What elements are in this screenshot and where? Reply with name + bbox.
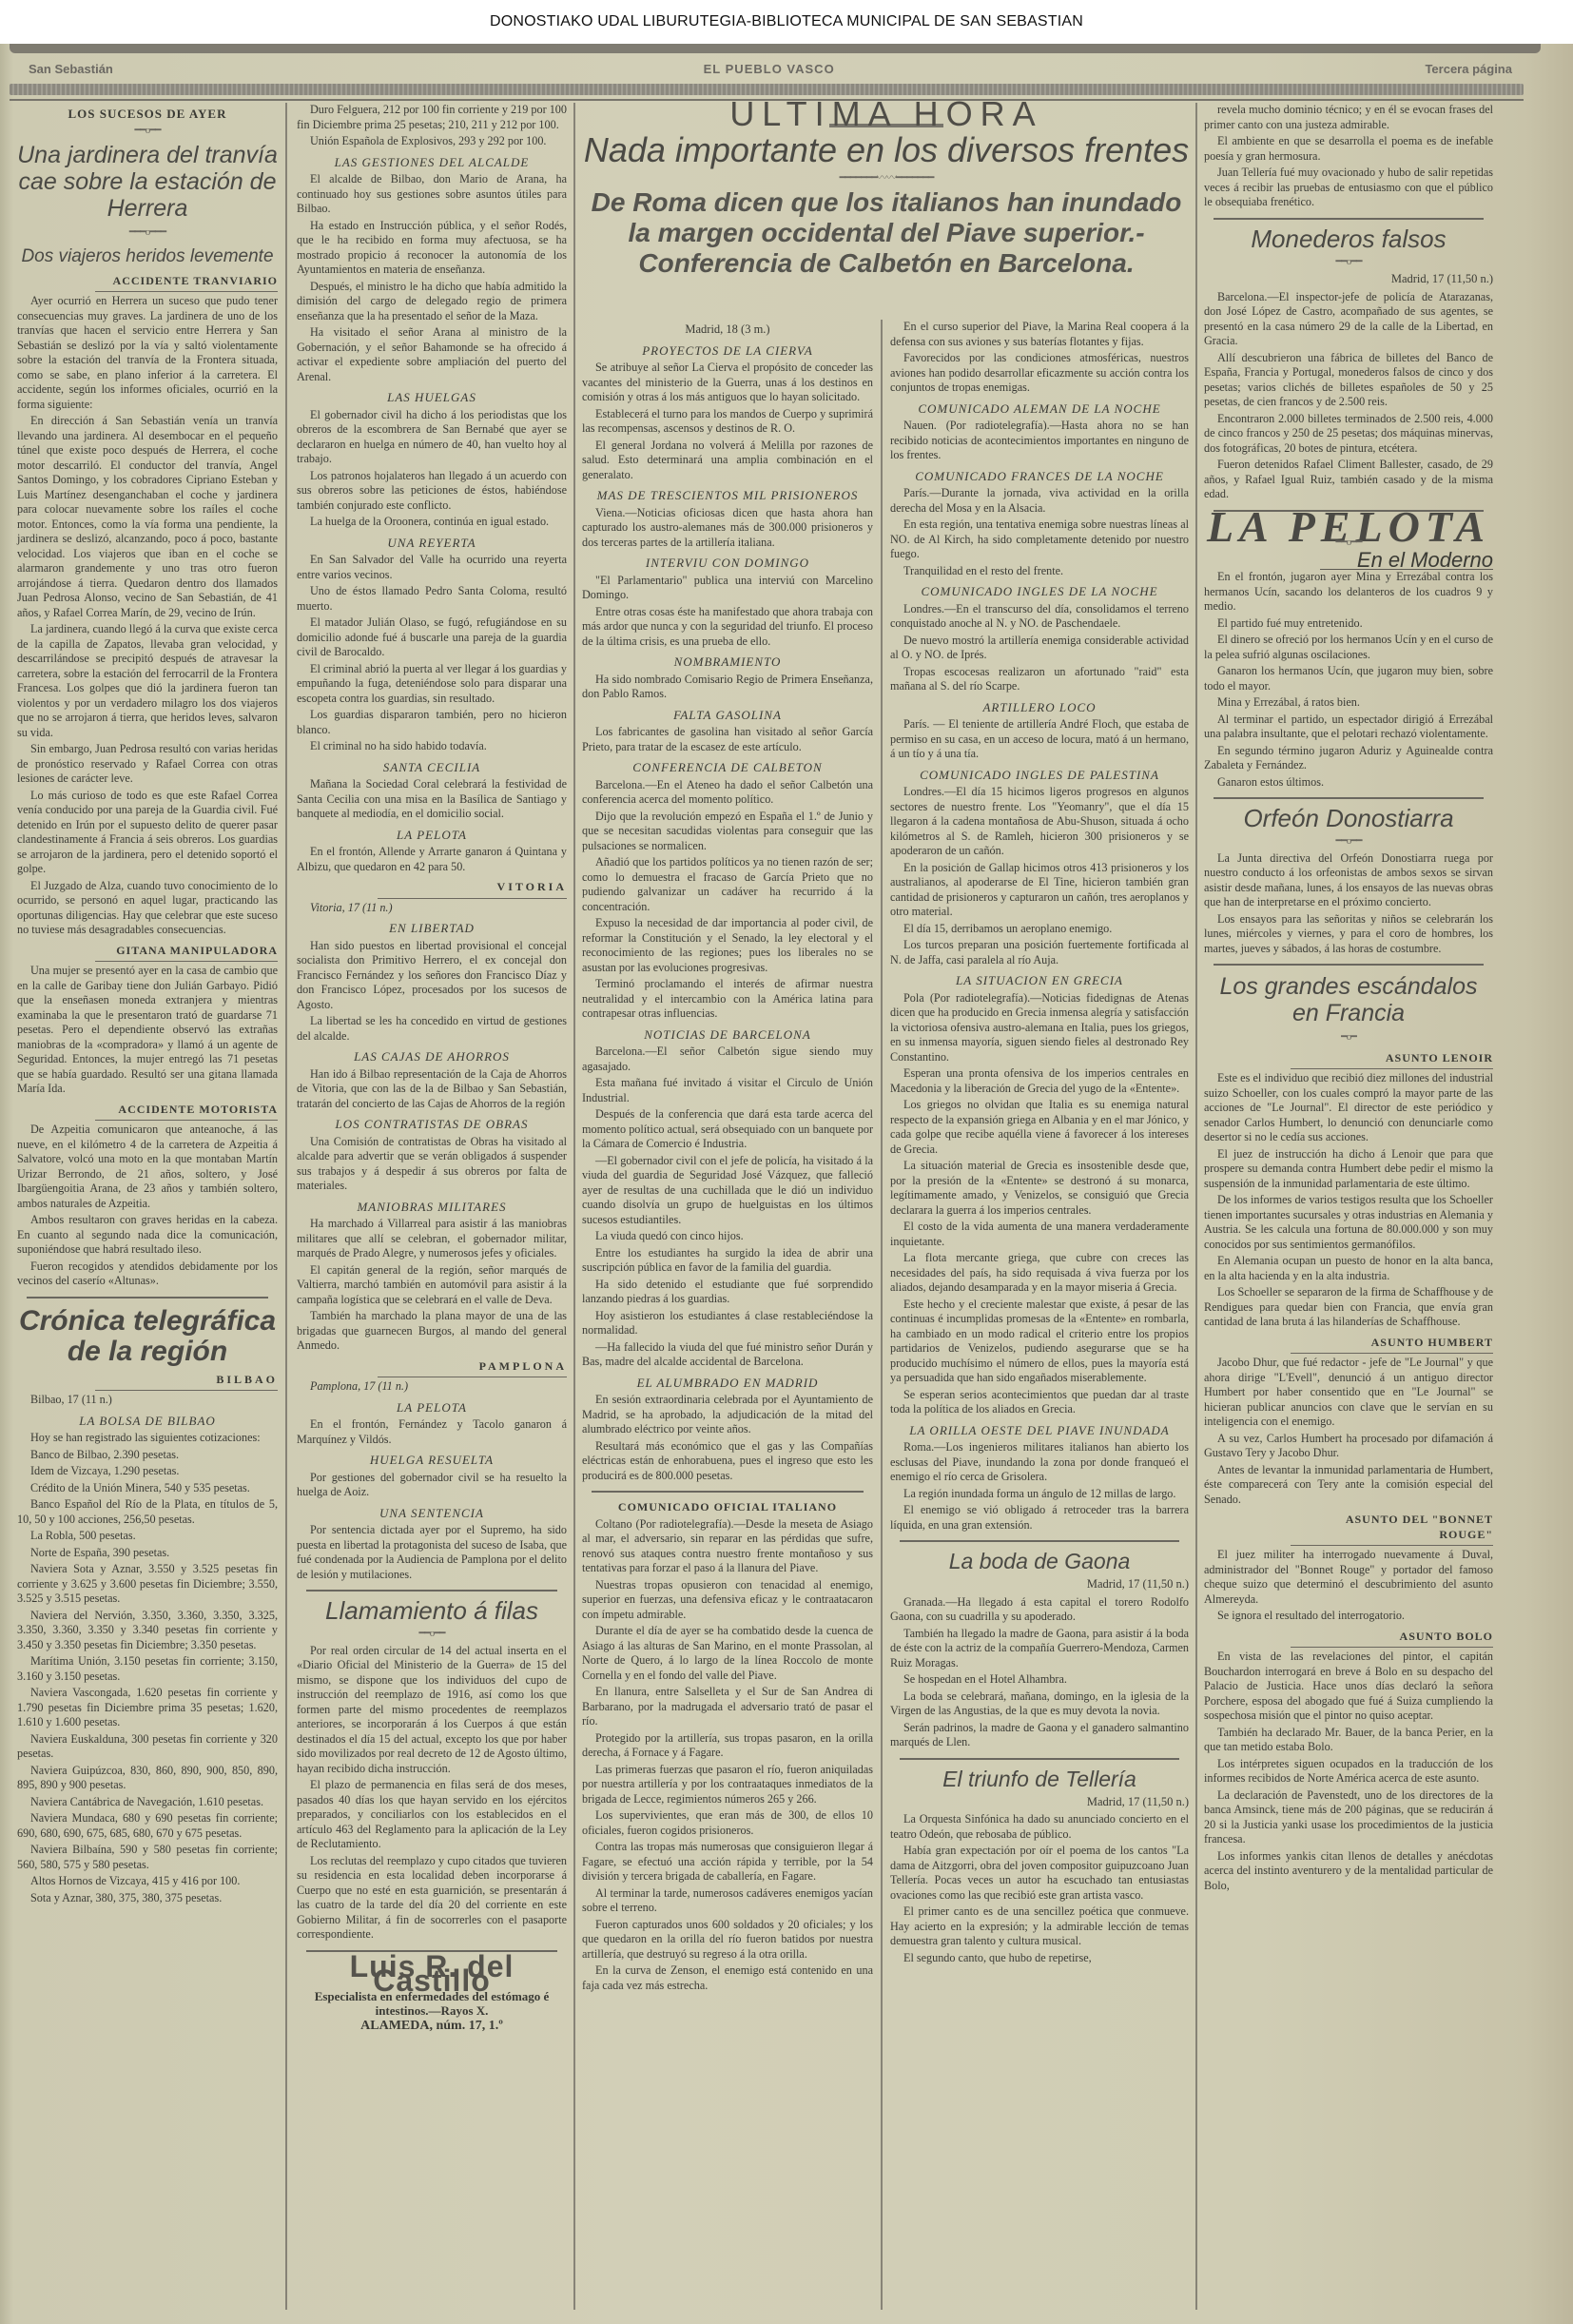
headline-cronica: Crónica telegráfica de la región <box>17 1306 278 1367</box>
label-accidente-tranviario: ACCIDENTE TRANVIARIO <box>95 274 278 293</box>
ornament: ━━o━━ <box>1204 834 1493 850</box>
newspaper-page: San Sebastián EL PUEBLO VASCO Tercera pá… <box>0 44 1573 2324</box>
article-paragraph: Esta mañana fué invitado á visitar el Ci… <box>582 1076 873 1105</box>
page-top-band <box>10 44 1541 53</box>
article-paragraph: En el frontón, jugaron ayer Mina y Errez… <box>1204 570 1493 615</box>
section-divider <box>1214 797 1484 799</box>
headline-frentes: Nada importante en los diversos frentes <box>582 131 1191 169</box>
location-bilbao: BILBAO <box>95 1373 278 1392</box>
article-paragraph: El juez militer ha interrogado nuevament… <box>1204 1548 1493 1607</box>
article-paragraph: Tranquilidad en el resto del frente. <box>890 564 1189 579</box>
bolsa-line: Idem de Vizcaya, 1.290 pesetas. <box>17 1464 278 1479</box>
masthead: San Sebastián EL PUEBLO VASCO Tercera pá… <box>10 55 1531 82</box>
article-paragraph: Los guardias dispararon también, pero no… <box>297 708 567 737</box>
article-paragraph: revela mucho dominio técnico; y en él se… <box>1204 103 1493 132</box>
article-paragraph: Se atribuye al señor La Cierva el propós… <box>582 361 873 405</box>
article-paragraph: Por real orden circular de 14 del actual… <box>297 1644 567 1777</box>
subheadline-piave: De Roma dicen que los italianos han inun… <box>582 187 1191 279</box>
article-paragraph: Durante el día de ayer se ha combatido d… <box>582 1624 873 1683</box>
article-paragraph: La viuda quedó con cinco hijos. <box>582 1229 873 1244</box>
dateline: Bilbao, 17 (11 n.) <box>17 1393 278 1408</box>
article-paragraph: Hoy asistieron los estudiantes á clase r… <box>582 1309 873 1338</box>
article-paragraph: Ganaron estos últimos. <box>1204 775 1493 791</box>
bolsa-line: La Robla, 500 pesetas. <box>17 1529 278 1544</box>
article-paragraph: Ganaron los hermanos Ucín, que jugaron m… <box>1204 664 1493 693</box>
article-paragraph: Viena.—Noticias oficiosas dicen que hast… <box>582 506 873 551</box>
article-paragraph: La flota mercante griega, que cubre con … <box>890 1251 1189 1296</box>
subhead: PROYECTOS DE LA CIERVA <box>582 343 873 359</box>
article-paragraph: Entre los estudiantes ha surgido la idea… <box>582 1246 873 1276</box>
article-paragraph: Dijo que la revolución empezó en España … <box>582 810 873 854</box>
ad-address: ALAMEDA, núm. 17, 1.º <box>297 2019 567 2034</box>
article-paragraph: Nuestras tropas opusieron con tenacidad … <box>582 1578 873 1623</box>
article-paragraph: En esta región, una tentativa enemiga so… <box>890 518 1189 562</box>
article-paragraph: París. — El teniente de artillería André… <box>890 717 1189 762</box>
article-paragraph: De Azpeitia comunicaron que anteanoche, … <box>17 1123 278 1211</box>
subhead: LAS HUELGAS <box>297 390 567 405</box>
article-paragraph: Los griegos no olvidan que Italia es su … <box>890 1098 1189 1157</box>
article-paragraph: Coltano (Por radiotelegrafía).—Desde la … <box>582 1517 873 1576</box>
article-paragraph: Los ensayos para las señoritas y niños s… <box>1204 912 1493 957</box>
article-paragraph: De nuevo mostró la artillería enemiga co… <box>890 634 1189 663</box>
article-paragraph: En sesión extraordinaria celebrada por e… <box>582 1393 873 1437</box>
article-paragraph: Esperan una pronta ofensiva de los imper… <box>890 1066 1189 1096</box>
subhead: UNA SENTENCIA <box>297 1506 567 1521</box>
article-paragraph: Al terminar la tarde, numerosos cadávere… <box>582 1886 873 1916</box>
section-divider <box>900 1540 1179 1542</box>
article-paragraph: Encontraron 2.000 billetes terminados de… <box>1204 412 1493 457</box>
subhead: LA SITUACION EN GRECIA <box>890 973 1189 988</box>
headline-triunfo-telleria: El triunfo de Tellería <box>890 1767 1189 1791</box>
article-paragraph: Ambos resultaron con graves heridas en l… <box>17 1213 278 1258</box>
article-paragraph: En Alemania ocupan un puesto de honor en… <box>1204 1254 1493 1283</box>
subhead: COMUNICADO INGLES DE PALESTINA <box>890 768 1189 783</box>
column-2: Duro Felguera, 212 por 100 fin corriente… <box>297 103 567 2033</box>
subhead: ARTILLERO LOCO <box>890 700 1189 715</box>
article-paragraph: También ha llegado la madre de Gaona, pa… <box>890 1627 1189 1671</box>
subhead: EL ALUMBRADO EN MADRID <box>582 1376 873 1391</box>
subhead: UNA REYERTA <box>297 536 567 551</box>
section-kicker: LOS SUCESOS DE AYER <box>17 107 278 122</box>
headline-jardinera: Una jardinera del tranvía cae sobre la e… <box>17 142 278 222</box>
article-paragraph: El juez de instrucción ha dicho á Lenoir… <box>1204 1147 1493 1192</box>
ornament: ━━o━━ <box>1204 255 1493 270</box>
subhead: LA PELOTA <box>297 828 567 843</box>
subhead: LAS GESTIONES DEL ALCALDE <box>297 155 567 170</box>
ultima-hora-title: ULTIMA HORA <box>582 107 1191 122</box>
article-paragraph: Hoy se han registrado las siguientes cot… <box>17 1431 278 1446</box>
headline-llamamiento: Llamamiento á filas <box>297 1599 567 1623</box>
subhead: SANTA CECILIA <box>297 760 567 775</box>
article-paragraph: La Junta directiva del Orfeón Donostiarr… <box>1204 851 1493 910</box>
article-paragraph: Había gran expectación por oír el poema … <box>890 1844 1189 1903</box>
article-paragraph: Una mujer se presentó ayer en la casa de… <box>17 964 278 1097</box>
article-paragraph: El capitán general de la región, señor m… <box>297 1263 567 1308</box>
section-divider <box>27 1297 268 1299</box>
dateline: Pamplona, 17 (11 n.) <box>297 1379 567 1395</box>
article-paragraph: El alcalde de Bilbao, don Mario de Arana… <box>297 172 567 217</box>
article-paragraph: Uno de éstos llamado Pedro Santa Coloma,… <box>297 584 567 614</box>
article-paragraph: El criminal abrió la puerta al ver llega… <box>297 662 567 707</box>
article-paragraph: Han sido puestos en libertad provisional… <box>297 939 567 1013</box>
article-paragraph: En el frontón, Allende y Arrarte ganaron… <box>297 845 567 874</box>
article-paragraph: Al terminar el partido, un espectador di… <box>1204 713 1493 742</box>
article-paragraph: El ambiente en que se desarrolla el poem… <box>1204 134 1493 164</box>
article-paragraph: El matador Julián Olaso, se fugó, refugi… <box>297 615 567 660</box>
article-paragraph: El enemigo se vió obligado á retroceder … <box>890 1503 1189 1533</box>
article-paragraph: Mañana la Sociedad Coral celebrará la fe… <box>297 777 567 822</box>
column-1: LOS SUCESOS DE AYER ━━o━━ Una jardinera … <box>17 103 278 1907</box>
subhead: COMUNICADO ALEMAN DE LA NOCHE <box>890 401 1189 417</box>
subhead: COMUNICADO INGLES DE LA NOCHE <box>890 584 1189 599</box>
article-paragraph: Los turcos preparan una posición fuertem… <box>890 938 1189 967</box>
section-divider <box>306 1590 557 1592</box>
article-paragraph: El día 15, derribamos un aeroplano enemi… <box>890 922 1189 937</box>
article-paragraph: Antes de levantar la inmunidad parlament… <box>1204 1463 1493 1508</box>
article-paragraph: Granada.—Ha llegado á esta capital el to… <box>890 1595 1189 1625</box>
article-paragraph: En llanura, entre Salselleta y el Sur de… <box>582 1685 873 1729</box>
article-paragraph: También ha declarado Mr. Bauer, de la ba… <box>1204 1726 1493 1755</box>
label-asunto-lenoir: ASUNTO LENOIR <box>1291 1051 1493 1070</box>
article-paragraph: Este es el individuo que recibió diez mi… <box>1204 1071 1493 1145</box>
bolsa-line: Sota y Aznar, 380, 375, 380, 375 pesetas… <box>17 1891 278 1906</box>
article-paragraph: El primer canto es de una sencillez poét… <box>890 1904 1189 1949</box>
article-paragraph: El gobernador civil ha dicho á los perio… <box>297 408 567 467</box>
section-divider <box>1214 964 1484 966</box>
dateline: Madrid, 18 (3 m.) <box>582 322 873 338</box>
article-paragraph: Las primeras fuerzas que pasaron el río,… <box>582 1763 873 1807</box>
article-paragraph: Ha estado en Instrucción pública, y el s… <box>297 219 567 278</box>
article-paragraph: Los fabricantes de gasolina han visitado… <box>582 725 873 754</box>
ornament: ━━o━━ <box>297 1627 567 1642</box>
masthead-right: Tercera página <box>1425 62 1512 76</box>
column-4: En el curso superior del Piave, la Marin… <box>890 320 1189 1967</box>
headline-escandalos: Los grandes escándalos en Francia <box>1204 973 1493 1026</box>
article-paragraph: Fueron recogidos y atendidos debidamente… <box>17 1260 278 1289</box>
bolsa-line: Naviera Cantábrica de Navegación, 1.610 … <box>17 1795 278 1810</box>
dateline: Madrid, 17 (11,50 n.) <box>890 1577 1189 1592</box>
ad-title: Luis R. del Castillo <box>297 1960 567 1989</box>
ornament: ━━o━━ <box>17 124 278 139</box>
section-divider <box>1214 218 1484 220</box>
subhead: NOMBRAMIENTO <box>582 654 873 670</box>
article-paragraph: Ayer ocurrió en Herrera un suceso que pu… <box>17 294 278 412</box>
article-paragraph: Los Schoeller se separaron de la firma d… <box>1204 1285 1493 1330</box>
article-paragraph: En el curso superior del Piave, la Marin… <box>890 320 1189 349</box>
article-paragraph: París.—Durante la jornada, viva activida… <box>890 486 1189 516</box>
article-paragraph: Se esperan serios acontecimientos que pu… <box>890 1388 1189 1417</box>
article-paragraph: En vista de las revelaciones del pintor,… <box>1204 1650 1493 1724</box>
bolsa-line: Altos Hornos de Vizcaya, 415 y 416 por 1… <box>17 1874 278 1889</box>
article-paragraph: Después, el ministro le ha dicho que hab… <box>297 280 567 324</box>
article-paragraph: Los supervivientes, que eran más de 300,… <box>582 1808 873 1838</box>
subhead: CONFERENCIA DE CALBETON <box>582 760 873 775</box>
article-paragraph: Jacobo Dhur, que fué redactor - jefe de … <box>1204 1356 1493 1430</box>
article-paragraph: Ha sido detenido el estudiante que fué s… <box>582 1278 873 1307</box>
bolsa-line: Naviera del Nervión, 3.350, 3.360, 3.350… <box>17 1609 278 1653</box>
bolsa-line: Naviera Guipúzcoa, 830, 860, 890, 900, 8… <box>17 1764 278 1793</box>
article-paragraph: Por gestiones del gobernador civil se ha… <box>297 1471 567 1500</box>
headline-boda-gaona: La boda de Gaona <box>890 1550 1189 1573</box>
article-paragraph: El segundo canto, que hubo de repetirse, <box>890 1951 1189 1966</box>
article-paragraph: Serán padrinos, la madre de Gaona y el g… <box>890 1721 1189 1750</box>
article-paragraph: Barcelona.—El señor Calbetón sigue siend… <box>582 1045 873 1074</box>
article-paragraph: Pola (Por radiotelegrafía).—Noticias fid… <box>890 991 1189 1065</box>
ad-specialty: Especialista en enfermedades del estómag… <box>297 1989 567 2019</box>
article-paragraph: Tropas escocesas realizaron un afortunad… <box>890 665 1189 694</box>
article-paragraph: Los reclutas del reemplazo y cupo citado… <box>297 1854 567 1943</box>
section-divider <box>900 1758 1179 1760</box>
article-paragraph: La jardinera, cuando llegó á la curva qu… <box>17 622 278 740</box>
article-paragraph: Terminó proclamando el interés de afirma… <box>582 977 873 1022</box>
article-paragraph: De los informes de varios testigos resul… <box>1204 1193 1493 1252</box>
article-paragraph: Favorecidos por las condiciones atmosfér… <box>890 351 1189 396</box>
article-paragraph: El partido fué muy entretenido. <box>1204 616 1493 632</box>
label-accidente-motorista: ACCIDENTE MOTORISTA <box>95 1103 278 1122</box>
masthead-left: San Sebastián <box>29 62 113 76</box>
dateline: Vitoria, 17 (11 n.) <box>297 901 567 916</box>
bolsa-line: Norte de España, 390 pesetas. <box>17 1546 278 1561</box>
column-rule-2 <box>573 103 575 2310</box>
article-paragraph: Los intérpretes siguen ocupados en la tr… <box>1204 1757 1493 1787</box>
article-paragraph: "El Parlamentario" publica una interviú … <box>582 574 873 603</box>
dateline: Madrid, 17 (11,50 n.) <box>1204 272 1493 287</box>
article-paragraph: Londres.—En el transcurso del día, conso… <box>890 602 1189 632</box>
masthead-center: EL PUEBLO VASCO <box>704 62 835 76</box>
bolsa-line: Banco Español del Río de la Plata, en tí… <box>17 1497 278 1527</box>
location-pamplona: PAMPLONA <box>378 1359 567 1378</box>
article-paragraph: Se ignora el resultado del interrogatori… <box>1204 1609 1493 1624</box>
bolsa-line: Marítima Unión, 3.150 pesetas fin corrie… <box>17 1654 278 1684</box>
subhead: LA PELOTA <box>297 1400 567 1416</box>
subhead-moderno: En el Moderno <box>1320 553 1493 571</box>
headline-orfeon: Orfeón Donostiarra <box>1204 807 1493 830</box>
article-paragraph: Nauen. (Por radiotelegrafía).—Hasta ahor… <box>890 419 1189 463</box>
bolsa-line: Naviera Mundaca, 680 y 690 pesetas fin c… <box>17 1811 278 1841</box>
article-paragraph: La Orquesta Sinfónica ha dado su anuncia… <box>890 1812 1189 1842</box>
article-paragraph: Fueron detenidos Rafael Climent Balleste… <box>1204 458 1493 502</box>
headline-monederos: Monederos falsos <box>1204 227 1493 251</box>
article-paragraph: Mina y Errezábal, á ratos bien. <box>1204 695 1493 711</box>
article-paragraph: Fueron capturados unos 600 soldados y 20… <box>582 1918 873 1963</box>
subhead: INTERVIU CON DOMINGO <box>582 556 873 571</box>
article-paragraph: Añadió que los partidos políticos ya no … <box>582 855 873 914</box>
article-paragraph: —El gobernador civil con el jefe de poli… <box>582 1154 873 1228</box>
article-paragraph: Por sentencia dictada ayer por el Suprem… <box>297 1523 567 1582</box>
article-paragraph: La libertad se les ha concedido en virtu… <box>297 1014 567 1044</box>
ornament: ━o━ <box>1204 1030 1493 1045</box>
article-paragraph: El plazo de permanencia en filas será de… <box>297 1778 567 1852</box>
subhead: LA ORILLA OESTE DEL PIAVE INUNDADA <box>890 1423 1189 1438</box>
label-asunto-bolo: ASUNTO BOLO <box>1291 1630 1493 1649</box>
article-paragraph: La huelga de la Oroonera, continúa en ig… <box>297 515 567 530</box>
article-paragraph: Protegido por la artillería, sus tropas … <box>582 1731 873 1761</box>
article-paragraph: La situación material de Grecia es insos… <box>890 1159 1189 1218</box>
article-paragraph: Unión Española de Explosivos, 293 y 292 … <box>297 134 567 149</box>
subhead-comunicado-italiano: COMUNICADO OFICIAL ITALIANO <box>582 1500 873 1515</box>
subhead-bolsa: LA BOLSA DE BILBAO <box>17 1414 278 1429</box>
article-paragraph: En San Salvador del Valle ha ocurrido un… <box>297 553 567 582</box>
ornament: ━━━o━━━ <box>17 225 278 241</box>
article-paragraph: Este hecho y el creciente malestar que e… <box>890 1298 1189 1386</box>
article-paragraph: Expuso la necesidad de dar importancia a… <box>582 916 873 975</box>
article-paragraph: Ha sido nombrado Comisario Regio de Prim… <box>582 673 873 702</box>
archive-header: DONOSTIAKO UDAL LIBURUTEGIA-BIBLIOTECA M… <box>0 0 1573 44</box>
subhead: MAS DE TRESCIENTOS MIL PRISIONEROS <box>582 488 873 503</box>
article-paragraph: Barcelona.—En el Ateneo ha dado el señor… <box>582 778 873 808</box>
column-5: revela mucho dominio técnico; y en él se… <box>1204 103 1493 1895</box>
article-paragraph: Después de la conferencia que dará esta … <box>582 1107 873 1152</box>
article-paragraph: A su vez, Carlos Humbert ha procesado po… <box>1204 1432 1493 1461</box>
article-paragraph: Ha marchado á Villarreal para asistir á … <box>297 1217 567 1261</box>
article-paragraph: También ha marchado la plana mayor de un… <box>297 1309 567 1354</box>
headline-la-pelota: LA PELOTA <box>1204 519 1493 535</box>
article-paragraph: En segundo término jugaron Aduriz y Agui… <box>1204 744 1493 773</box>
column-rule-3 <box>881 320 883 2310</box>
article-paragraph: El costo de la vida aumenta de una maner… <box>890 1220 1189 1249</box>
article-paragraph: En la curva de Zenson, el enemigo está c… <box>582 1963 873 1993</box>
article-paragraph: Duro Felguera, 212 por 100 fin corriente… <box>297 103 567 132</box>
bolsa-line: Naviera Euskalduna, 300 pesetas fin corr… <box>17 1732 278 1762</box>
article-paragraph: La boda se celebrará, mañana, domingo, e… <box>890 1689 1189 1719</box>
article-paragraph: El general Jordana no volverá á Melilla … <box>582 439 873 483</box>
article-paragraph: Los patronos hojalateros han llegado á u… <box>297 469 567 514</box>
bolsa-line: Crédito de la Unión Minera, 540 y 535 pe… <box>17 1481 278 1496</box>
bolsa-line: Naviera Vascongada, 1.620 pesetas fin co… <box>17 1686 278 1730</box>
article-paragraph: La declaración de Pavenstedt, uno de los… <box>1204 1788 1493 1847</box>
bolsa-line: Naviera Sota y Aznar, 3.550 y 3.525 pese… <box>17 1562 278 1607</box>
subhead: COMUNICADO FRANCES DE LA NOCHE <box>890 469 1189 484</box>
article-paragraph: —Ha fallecido la viuda del que fué minis… <box>582 1340 873 1370</box>
dateline: Madrid, 17 (11,50 n.) <box>890 1795 1189 1810</box>
article-paragraph: Londres.—El día 15 hicimos ligeros progr… <box>890 785 1189 859</box>
article-paragraph: Han ido á Bilbao representación de la Ca… <box>297 1067 567 1112</box>
subhead: LOS CONTRATISTAS DE OBRAS <box>297 1117 567 1132</box>
article-paragraph: Los informes yankis citan llenos de deta… <box>1204 1849 1493 1894</box>
article-paragraph: Resultará más económico que el gas y las… <box>582 1439 873 1484</box>
label-asunto-humbert: ASUNTO HUMBERT <box>1291 1336 1493 1355</box>
subhead: LAS CAJAS DE AHORROS <box>297 1049 567 1064</box>
article-paragraph: Barcelona.—El inspector-jefe de policía … <box>1204 290 1493 349</box>
article-paragraph: Allí descubrieron una fábrica de billete… <box>1204 351 1493 410</box>
article-paragraph: Roma.—Los ingenieros militares italianos… <box>890 1440 1189 1485</box>
article-paragraph: El Juzgado de Alza, cuando tuvo conocimi… <box>17 879 278 938</box>
article-paragraph: Ha visitado el señor Arana al ministro d… <box>297 325 567 384</box>
article-paragraph: En la posición de Gallap hicimos otros 4… <box>890 861 1189 920</box>
article-paragraph: El criminal no ha sido habido todavía. <box>297 739 567 754</box>
bolsa-line: Banco de Bilbao, 2.390 pesetas. <box>17 1448 278 1463</box>
section-divider <box>592 1491 864 1493</box>
column-rule-1 <box>285 103 287 2310</box>
center-spread: ULTIMA HORA Nada importante en los diver… <box>582 107 1191 279</box>
article-paragraph: En el frontón, Fernández y Tacolo ganaro… <box>297 1417 567 1447</box>
label-bonnet-rouge: ASUNTO DEL "BONNET ROUGE" <box>1291 1513 1493 1546</box>
article-paragraph: La región inundada forma un ángulo de 12… <box>890 1487 1189 1502</box>
article-paragraph: Establecerá el turno para los mandos de … <box>582 407 873 437</box>
subhead: EN LIBERTAD <box>297 921 567 936</box>
bolsa-line: Naviera Bilbaína, 590 y 580 pesetas fin … <box>17 1843 278 1872</box>
article-paragraph: Se hospedan en el Hotel Alhambra. <box>890 1672 1189 1688</box>
ornament: ━━━━━━━〰〰━━━━━━━ <box>582 171 1191 186</box>
archive-header-text: DONOSTIAKO UDAL LIBURUTEGIA-BIBLIOTECA M… <box>490 13 1083 30</box>
column-3: Madrid, 18 (3 m.) PROYECTOS DE LA CIERVA… <box>582 320 873 1995</box>
subhead-heridos: Dos viajeros heridos levemente <box>17 244 278 268</box>
column-rule-4 <box>1195 103 1197 2310</box>
article-paragraph: Una Comisión de contratistas de Obras ha… <box>297 1135 567 1194</box>
label-gitana: GITANA MANIPULADORA <box>95 944 278 963</box>
article-paragraph: En dirección á San Sebastián venía un tr… <box>17 414 278 620</box>
article-paragraph: Lo más curioso de todo es que este Rafae… <box>17 789 278 877</box>
article-paragraph: Juan Tellería fué muy ovacionado y hubo … <box>1204 166 1493 210</box>
article-paragraph: El dinero se ofreció por los hermanos Uc… <box>1204 633 1493 662</box>
subhead: NOTICIAS DE BARCELONA <box>582 1027 873 1043</box>
subhead: MANIOBRAS MILITARES <box>297 1200 567 1215</box>
subhead: FALTA GASOLINA <box>582 708 873 723</box>
article-paragraph: Entre otras cosas éste ha manifestado qu… <box>582 605 873 650</box>
article-paragraph: Sin embargo, Juan Pedrosa resultó con va… <box>17 742 278 787</box>
article-paragraph: Contra las tropas más numerosas que cons… <box>582 1840 873 1885</box>
subhead: HUELGA RESUELTA <box>297 1453 567 1468</box>
location-vitoria: VITORIA <box>378 880 567 899</box>
